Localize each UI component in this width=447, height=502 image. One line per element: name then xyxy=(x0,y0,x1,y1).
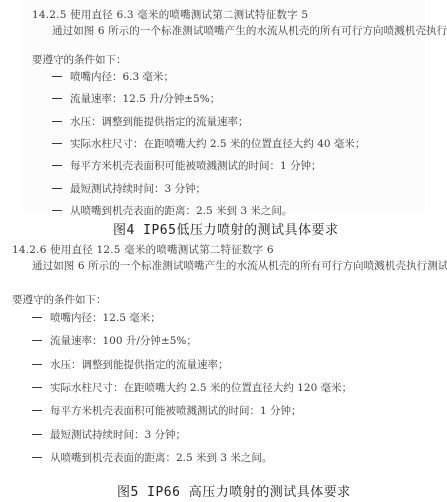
condition-item: 从喷嘴到机壳表面的距离：2.5 米到 3 米之间。 xyxy=(32,450,272,465)
condition-item: 实际水柱尺寸：在距喷嘴大约 2.5 米的位置直径大约 40 毫米； xyxy=(52,136,365,151)
condition-text: 最短测试持续时间：3 分钟； xyxy=(70,181,206,196)
dash-bullet-icon xyxy=(52,188,62,189)
condition-item: 水压：调整到能提供指定的流量速率； xyxy=(52,114,249,129)
condition-item: 每平方米机壳表面积可能被喷溅测试的时间：1 分钟； xyxy=(32,403,302,418)
condition-text: 流量速率：12.5 升/分钟±5%； xyxy=(70,91,220,106)
section-paragraph: 通过如图 6 所示的一个标准测试喷嘴产生的水流从机壳的所有可行方向喷溅机壳执行测… xyxy=(32,258,447,273)
figure-caption: 图4 IP65低压力喷射的测试具体要求 xyxy=(113,219,338,238)
condition-item: 水压：调整到能提供指定的流量速率； xyxy=(32,357,229,372)
dash-bullet-icon xyxy=(32,317,42,318)
dash-bullet-icon xyxy=(32,434,42,435)
condition-item: 流量速率：100 升/分钟±5%； xyxy=(32,333,197,348)
condition-text: 从喷嘴到机壳表面的距离：2.5 米到 3 米之间。 xyxy=(70,203,292,218)
condition-text: 喷嘴内径：6.3 毫米； xyxy=(70,69,174,84)
condition-text: 流量速率：100 升/分钟±5%； xyxy=(50,333,197,348)
condition-text: 水压：调整到能提供指定的流量速率； xyxy=(70,114,249,129)
condition-text: 每平方米机壳表面积可能被喷溅测试的时间：1 分钟； xyxy=(50,403,302,418)
dash-bullet-icon xyxy=(32,364,42,365)
conditions-intro: 要遵守的条件如下： xyxy=(12,292,107,307)
conditions-intro: 要遵守的条件如下： xyxy=(32,52,127,67)
figure-ip66: 14.2.6 使用直径 12.5 毫米的喷嘴测试第二特征数字 6 通过如图 6 … xyxy=(0,240,447,502)
condition-item: 每平方米机壳表面积可能被喷溅测试的时间：1 分钟； xyxy=(52,158,322,173)
dash-bullet-icon xyxy=(32,340,42,341)
section-heading: 14.2.5 使用直径 6.3 毫米的喷嘴测试第二测试特征数字 5 xyxy=(32,7,308,22)
condition-item: 从喷嘴到机壳表面的距离：2.5 米到 3 米之间。 xyxy=(52,203,292,218)
dash-bullet-icon xyxy=(52,143,62,144)
condition-text: 水压：调整到能提供指定的流量速率； xyxy=(50,357,229,372)
dash-bullet-icon xyxy=(32,457,42,458)
condition-item: 流量速率：12.5 升/分钟±5%； xyxy=(52,91,220,106)
condition-text: 实际水柱尺寸：在距喷嘴大约 2.5 米的位置直径大约 120 毫米； xyxy=(50,380,352,395)
condition-item: 最短测试持续时间：3 分钟； xyxy=(32,427,186,442)
figure-ip65: 14.2.5 使用直径 6.3 毫米的喷嘴测试第二测试特征数字 5 通过如图 6… xyxy=(0,0,447,240)
condition-text: 喷嘴内径：12.5 毫米； xyxy=(50,310,161,325)
dash-bullet-icon xyxy=(32,387,42,388)
condition-text: 从喷嘴到机壳表面的距离：2.5 米到 3 米之间。 xyxy=(50,450,272,465)
condition-text: 每平方米机壳表面积可能被喷溅测试的时间：1 分钟； xyxy=(70,158,322,173)
condition-item: 实际水柱尺寸：在距喷嘴大约 2.5 米的位置直径大约 120 毫米； xyxy=(32,380,352,395)
section-heading: 14.2.6 使用直径 12.5 毫米的喷嘴测试第二特征数字 6 xyxy=(12,242,274,257)
dash-bullet-icon xyxy=(32,410,42,411)
figure-caption: 图5 IP66 高压力喷射的测试具体要求 xyxy=(117,481,351,500)
condition-item: 喷嘴内径：6.3 毫米； xyxy=(52,69,174,84)
dash-bullet-icon xyxy=(52,165,62,166)
section-paragraph: 通过如图 6 所示的一个标准测试喷嘴产生的水流从机壳的所有可行方向喷溅机壳执行测… xyxy=(52,23,447,38)
condition-text: 实际水柱尺寸：在距喷嘴大约 2.5 米的位置直径大约 40 毫米； xyxy=(70,136,365,151)
dash-bullet-icon xyxy=(52,98,62,99)
dash-bullet-icon xyxy=(52,210,62,211)
dash-bullet-icon xyxy=(52,121,62,122)
condition-text: 最短测试持续时间：3 分钟； xyxy=(50,427,186,442)
condition-item: 喷嘴内径：12.5 毫米； xyxy=(32,310,161,325)
dash-bullet-icon xyxy=(52,76,62,77)
condition-item: 最短测试持续时间：3 分钟； xyxy=(52,181,206,196)
